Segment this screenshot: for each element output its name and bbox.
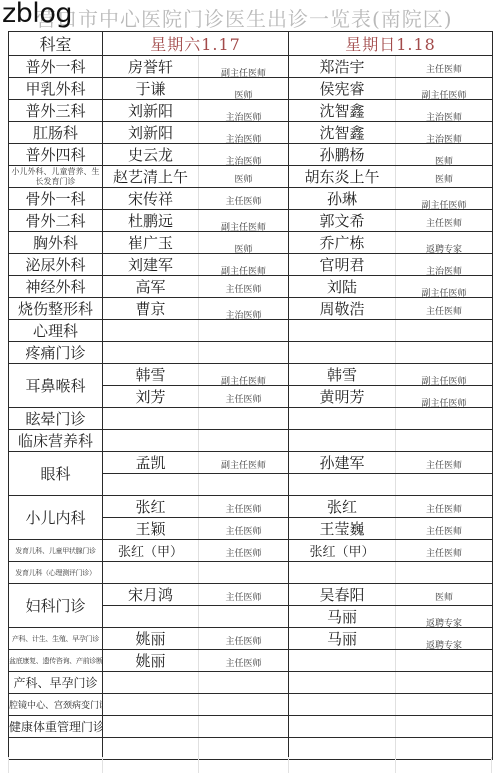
- doctor-rank: 主治医师: [226, 154, 262, 166]
- doctor-name: 官明君: [289, 254, 396, 276]
- doctor-rank: 主任医师: [426, 549, 462, 559]
- doctor-rank: 副主任医师: [221, 66, 266, 78]
- table-row: 神经外科高军主任医师刘陆副主任医师: [9, 276, 493, 298]
- doctor-rank: 返聘专家: [426, 638, 462, 650]
- doctor-rank: 主任医师: [226, 549, 262, 559]
- dept-cell: 甲乳外科: [9, 78, 103, 100]
- dept-cell: 眩晕门诊: [9, 408, 103, 430]
- doctor-name: 刘陆: [289, 276, 396, 298]
- dept-cell: 骨外一科: [9, 188, 103, 210]
- doctor-name: 孙建军: [289, 452, 396, 474]
- dept-cell: 普外一科: [9, 56, 103, 78]
- doctor-name: 房誉轩: [103, 56, 199, 78]
- dept-cell: 眼科: [9, 452, 103, 496]
- table-row: 眩晕门诊: [9, 408, 493, 430]
- doctor-rank: 副主任医师: [221, 461, 266, 471]
- dept-cell: 心理科: [9, 320, 103, 342]
- doctor-name: 刘新阳: [103, 122, 199, 144]
- header-dept: 科室: [9, 32, 103, 56]
- table-row: 骨外二科杜鹏远副主任医师郭文希主任医师: [9, 210, 493, 232]
- dept-cell: 肛肠科: [9, 122, 103, 144]
- dept-cell: 发育儿科（心理测评门诊）: [9, 562, 103, 584]
- dept-cell: 临床营养科: [9, 430, 103, 452]
- doctor-name: 郑浩宇: [289, 56, 396, 78]
- dept-cell: 腔镜中心、宫颈病变门诊: [9, 694, 103, 716]
- schedule-table: 科室 星期六1.17 星期日1.18 普外一科房誉轩副主任医师郑浩宇主任医师 甲…: [8, 31, 493, 760]
- table-row: 普外一科房誉轩副主任医师郑浩宇主任医师: [9, 56, 493, 78]
- doctor-rank: 主任医师: [426, 65, 462, 75]
- doctor-name: 赵艺清上午: [103, 166, 199, 188]
- page-title: 营口市中心医院门诊医生出诊一览表(南院区): [36, 3, 496, 32]
- doctor-rank: 医师: [235, 175, 253, 185]
- header-row: 科室 星期六1.17 星期日1.18: [9, 32, 493, 56]
- table-row: 健康体重管理门诊: [9, 716, 493, 738]
- table-row: 小儿内科张红主任医师张红主任医师: [9, 496, 493, 518]
- doctor-name: 王颖: [103, 518, 199, 540]
- dept-cell: 神经外科: [9, 276, 103, 298]
- doctor-name: 高军: [103, 276, 199, 298]
- table-row: 耳鼻喉科韩雪副主任医师韩雪副主任医师: [9, 364, 493, 386]
- dept-cell: 盆底康复、遗传咨询、产前诊断: [9, 650, 103, 672]
- dept-cell: 妇科门诊: [9, 584, 103, 628]
- doctor-rank: 医师: [235, 242, 253, 254]
- doctor-name: 孙琳: [289, 188, 396, 210]
- table-row: 普外三科刘新阳主治医师沈智鑫主治医师: [9, 100, 493, 122]
- doctor-rank: 返聘专家: [426, 242, 462, 254]
- table-row: 烧伤整形科曹京主治医师周敬浩主任医师: [9, 298, 493, 320]
- table-row: 心理科: [9, 320, 493, 342]
- doctor-rank: 医师: [435, 154, 453, 166]
- doctor-rank: 医师: [435, 593, 453, 603]
- doctor-rank: 主任医师: [426, 461, 462, 471]
- doctor-name: 于谦: [103, 78, 199, 100]
- table-row: 小儿外科、儿童营养、生长发育门诊赵艺清上午医师胡东炎上午医师: [9, 166, 493, 188]
- table-row: 发育儿科（心理测评门诊）: [9, 562, 493, 584]
- table-row: 泌尿外科刘建军副主任医师官明君主治医师: [9, 254, 493, 276]
- doctor-rank: 主治医师: [426, 264, 462, 276]
- doctor-name: 张红: [103, 496, 199, 518]
- doctor-rank: 主任医师: [426, 527, 462, 537]
- dept-cell: 小儿外科、儿童营养、生长发育门诊: [9, 166, 103, 188]
- dept-cell: 产科、早孕门诊: [9, 672, 103, 694]
- doctor-rank: 主治医师: [226, 110, 262, 122]
- doctor-name: 韩雪: [103, 364, 199, 386]
- dept-cell: 健康体重管理门诊: [9, 716, 103, 738]
- doctor-rank: 主任医师: [226, 395, 262, 405]
- doctor-name: 宋月鸿: [103, 584, 199, 606]
- doctor-name: 杜鹏远: [103, 210, 199, 232]
- doctor-name: 张红: [289, 496, 396, 518]
- doctor-rank: 主任医师: [426, 219, 462, 229]
- header-day-sunday: 星期日1.18: [289, 32, 493, 56]
- doctor-rank: 副主任医师: [422, 88, 467, 100]
- table-row: 临床营养科: [9, 430, 493, 452]
- table-row: 胸外科崔广玉医师乔广栋返聘专家: [9, 232, 493, 254]
- doctor-name: 姚丽: [103, 628, 199, 650]
- doctor-rank: 医师: [435, 175, 453, 185]
- doctor-rank: 副主任医师: [422, 286, 467, 298]
- table-row: 疼痛门诊: [9, 342, 493, 364]
- doctor-name: 周敬浩: [289, 298, 396, 320]
- table-row: 产科、计生、生殖、早孕门诊姚丽主任医师马丽返聘专家: [9, 628, 493, 650]
- header-day-saturday: 星期六1.17: [103, 32, 289, 56]
- doctor-rank: 主任医师: [226, 637, 262, 647]
- doctor-name: 马丽: [289, 606, 396, 628]
- dept-cell: 烧伤整形科: [9, 298, 103, 320]
- doctor-name: 黄明芳: [289, 386, 396, 408]
- doctor-rank: 医师: [235, 88, 253, 100]
- doctor-rank: 主任医师: [426, 505, 462, 515]
- doctor-name: 姚丽: [103, 650, 199, 672]
- dept-cell: 疼痛门诊: [9, 342, 103, 364]
- doctor-name: 韩雪: [289, 364, 396, 386]
- doctor-rank: 副主任医师: [221, 264, 266, 276]
- doctor-rank: 主治医师: [226, 308, 262, 320]
- watermark: zblog: [2, 0, 72, 29]
- doctor-name: 孙鹏杨: [289, 144, 396, 166]
- table-row: 骨外一科宋传祥主任医师孙琳副主任医师: [9, 188, 493, 210]
- doctor-name: 乔广栋: [289, 232, 396, 254]
- table-row: 普外四科史云龙主治医师孙鹏杨医师: [9, 144, 493, 166]
- doctor-name: 刘新阳: [103, 100, 199, 122]
- background-gridlines: [8, 757, 492, 773]
- dept-cell: 普外三科: [9, 100, 103, 122]
- table-row: 产科、早孕门诊: [9, 672, 493, 694]
- doctor-name: 沈智鑫: [289, 122, 396, 144]
- doctor-rank: 副主任医师: [221, 374, 266, 386]
- table-row: 盆底康复、遗传咨询、产前诊断姚丽主任医师: [9, 650, 493, 672]
- doctor-name: 胡东炎上午: [289, 166, 396, 188]
- doctor-name: 侯宪睿: [289, 78, 396, 100]
- doctor-name: 史云龙: [103, 144, 199, 166]
- doctor-name: 沈智鑫: [289, 100, 396, 122]
- doctor-name: 郭文希: [289, 210, 396, 232]
- doctor-name: 孟凯: [103, 452, 199, 474]
- table-row: 眼科孟凯副主任医师孙建军主任医师: [9, 452, 493, 474]
- doctor-name: 宋传祥: [103, 188, 199, 210]
- dept-cell: 普外四科: [9, 144, 103, 166]
- doctor-name: 王莹巍: [289, 518, 396, 540]
- doctor-rank: 副主任医师: [422, 396, 467, 408]
- doctor-rank: 主任医师: [426, 307, 462, 317]
- doctor-rank: 主任医师: [226, 659, 262, 669]
- doctor-name: 吴春阳: [289, 584, 396, 606]
- doctor-rank: 返聘专家: [426, 616, 462, 628]
- doctor-name: 张红（甲）: [289, 540, 396, 562]
- dept-cell: 骨外二科: [9, 210, 103, 232]
- table-row: 甲乳外科于谦医师侯宪睿副主任医师: [9, 78, 493, 100]
- doctor-rank: 主治医师: [426, 132, 462, 144]
- doctor-rank: 主治医师: [226, 132, 262, 144]
- dept-cell: 产科、计生、生殖、早孕门诊: [9, 628, 103, 650]
- doctor-name: 马丽: [289, 628, 396, 650]
- doctor-rank: 主任医师: [226, 527, 262, 537]
- dept-cell: 发育儿科、儿童甲状腺门诊: [9, 540, 103, 562]
- doctor-rank: 副主任医师: [422, 374, 467, 386]
- table-row: 妇科门诊宋月鸿主任医师吴春阳医师: [9, 584, 493, 606]
- doctor-name: 曹京: [103, 298, 199, 320]
- dept-cell: 小儿内科: [9, 496, 103, 540]
- table-row: 腔镜中心、宫颈病变门诊: [9, 694, 493, 716]
- doctor-rank: 副主任医师: [422, 198, 467, 210]
- doctor-rank: 副主任医师: [221, 220, 266, 232]
- dept-cell: 耳鼻喉科: [9, 364, 103, 408]
- table-row: 肛肠科刘新阳主治医师沈智鑫主治医师: [9, 122, 493, 144]
- doctor-name: 刘芳: [103, 386, 199, 408]
- doctor-name: 崔广玉: [103, 232, 199, 254]
- dept-cell: 泌尿外科: [9, 254, 103, 276]
- doctor-rank: 主任医师: [226, 285, 262, 295]
- doctor-name: 张红（甲）: [103, 540, 199, 562]
- doctor-rank: 主任医师: [226, 197, 262, 207]
- doctor-rank: 主治医师: [426, 110, 462, 122]
- table-row: 发育儿科、儿童甲状腺门诊张红（甲）主任医师张红（甲）主任医师: [9, 540, 493, 562]
- doctor-name: 刘建军: [103, 254, 199, 276]
- doctor-rank: 主任医师: [226, 593, 262, 603]
- doctor-rank: 主任医师: [226, 505, 262, 515]
- dept-cell: 胸外科: [9, 232, 103, 254]
